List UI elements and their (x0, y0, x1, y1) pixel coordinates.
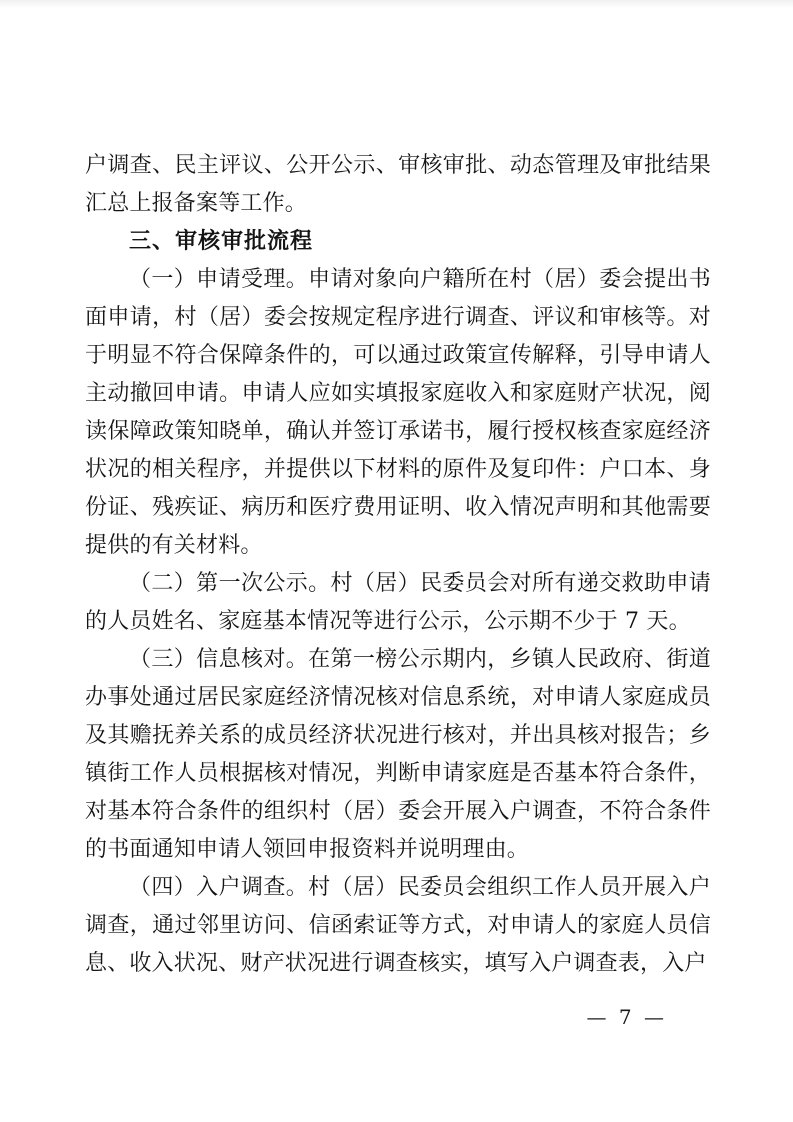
body-paragraph-first-publicity: （二）第一次公示。村（居）民委员会对所有递交救助申请的人员姓名、家庭基本情况等进… (85, 565, 711, 641)
body-paragraph-information-check: （三）信息核对。在第一榜公示期内，乡镇人民政府、街道办事处通过居民家庭经济情况核… (85, 641, 711, 869)
body-paragraph-continuation: 户调查、民主评议、公开公示、审核审批、动态管理及审批结果汇总上报备案等工作。 (85, 147, 711, 223)
body-paragraph-household-survey: （四）入户调查。村（居）民委员会组织工作人员开展入户调查，通过邻里访问、信函索证… (85, 869, 711, 983)
page-number: — 7 — (587, 1003, 667, 1031)
document-page: 户调查、民主评议、公开公示、审核审批、动态管理及审批结果汇总上报备案等工作。 三… (0, 0, 793, 1122)
body-paragraph-application-acceptance: （一）申请受理。申请对象向户籍所在村（居）委会提出书面申请，村（居）委会按规定程… (85, 261, 711, 565)
scan-edge-shading (0, 0, 793, 8)
document-body: 户调查、民主评议、公开公示、审核审批、动态管理及审批结果汇总上报备案等工作。 三… (85, 147, 711, 983)
section-heading: 三、审核审批流程 (85, 223, 711, 261)
